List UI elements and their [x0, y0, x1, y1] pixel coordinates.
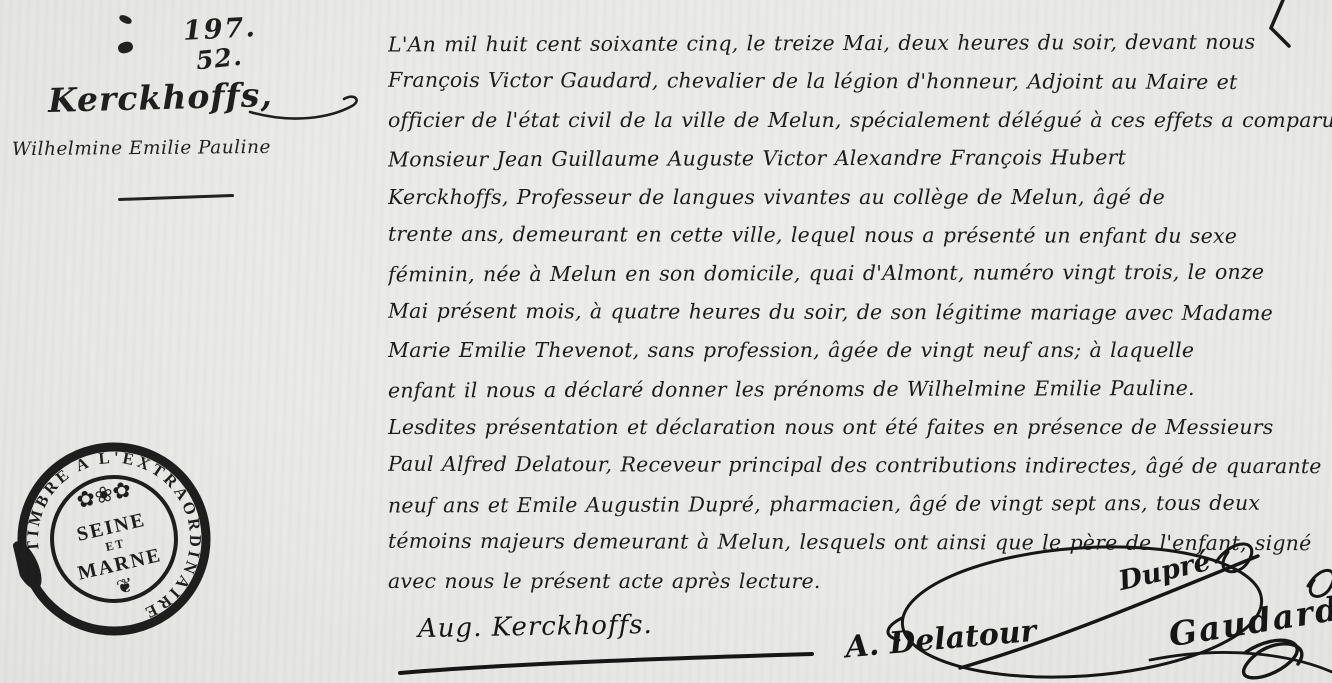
gaudard-flourish	[1150, 652, 1332, 672]
margin-surname: Kerckhoffs,	[48, 75, 274, 120]
seine-et-marne-stamp: TIMBRÉ A L'EXTRAORDINAIRE ✿❀✿ SEINE ET M…	[0, 416, 235, 662]
gaudard-knot	[1244, 640, 1302, 678]
entry-number: 197.	[182, 12, 257, 47]
act-text-line: François Victor Gaudard, chevalier de la…	[388, 61, 1332, 102]
stamp-ornament-top-icon: ✿❀✿	[74, 477, 134, 514]
act-text-line: féminin, née à Melun en son domicile, qu…	[388, 253, 1332, 294]
act-text-line: Kerckhoffs, Professeur de langues vivant…	[388, 178, 1332, 216]
act-text-line: Monsieur Jean Guillaume Auguste Victor A…	[388, 138, 1332, 179]
act-text-line: neuf ans et Emile Augustin Dupré, pharma…	[388, 483, 1332, 524]
kerckhoffs-underline	[400, 654, 812, 673]
margin-divider-flourish	[118, 194, 234, 201]
ink-speck	[118, 14, 133, 26]
act-text-line: Lesdites présentation et déclaration nou…	[388, 408, 1332, 446]
act-text-line: trente ans, demeurant en cette ville, le…	[388, 215, 1332, 256]
signature-delatour: A. Delatour	[844, 614, 1038, 666]
act-text-line: Marie Emilie Thevenot, sans profession, …	[388, 331, 1332, 369]
entry-subnumber: 52.	[195, 42, 244, 76]
stamp-ornament-bottom-icon: ❦	[114, 572, 136, 599]
signature-kerckhoffs: Aug. Kerckhoffs.	[418, 610, 653, 644]
act-text-block: L'An mil huit cent soixante cinq, le tre…	[388, 24, 1332, 609]
margin-given-names: Wilhelmine Emilie Pauline	[12, 137, 271, 160]
act-text-line: L'An mil huit cent soixante cinq, le tre…	[388, 24, 1332, 64]
register-page-scan: 197. 52. Kerckhoffs, Wilhelmine Emilie P…	[0, 0, 1332, 683]
act-text-line: Paul Alfred Delatour, Receveur principal…	[388, 445, 1332, 486]
act-text-line: enfant il nous a déclaré donner les prén…	[388, 368, 1332, 409]
act-text-line: Mai présent mois, à quatre heures du soi…	[388, 292, 1332, 333]
stamp-center-line2: ET	[104, 536, 127, 554]
ink-speck	[117, 40, 134, 55]
act-text-line: officier de l'état civil de la ville de …	[388, 101, 1332, 139]
